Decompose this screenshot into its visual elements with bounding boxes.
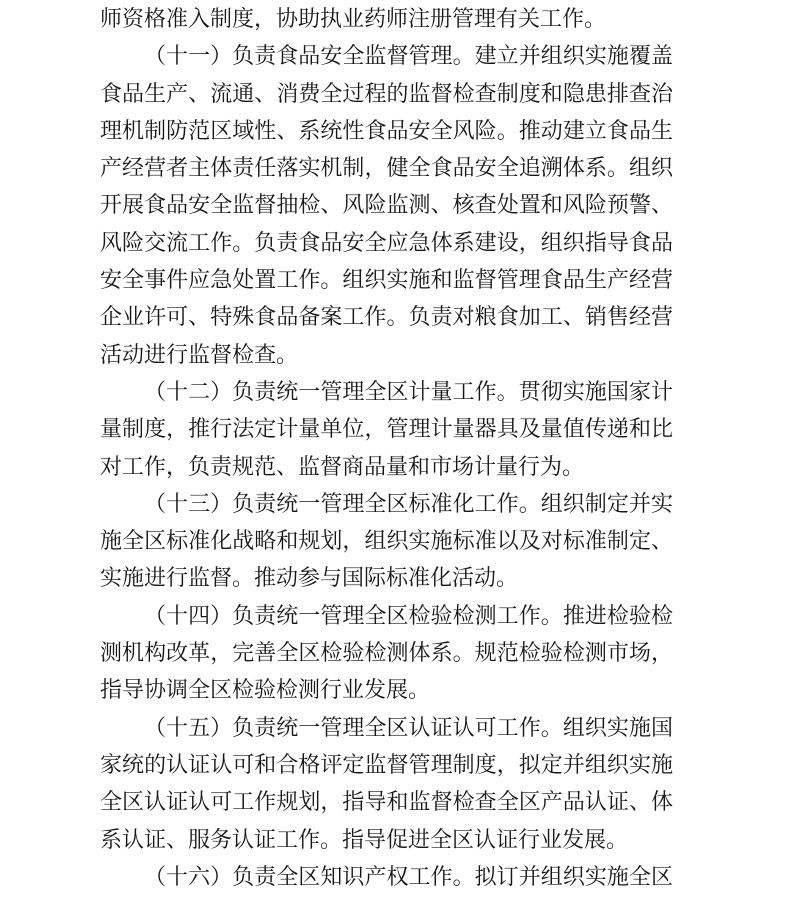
- para-15-certification: （十五）负责统一管理全区认证认可工作。组织实施国家统的认证认可和合格评定监督管理…: [100, 709, 673, 858]
- para-continuation: 师资格准入制度，协助执业药师注册管理有关工作。: [100, 0, 673, 37]
- text-line: 安全事件应急处置工作。组织实施和监督管理食品生产经营: [100, 261, 673, 298]
- text-line: （十一）负责食品安全监督管理。建立并组织实施覆盖: [100, 37, 673, 74]
- text-line: （十六）负责全区知识产权工作。拟订并组织实施全区: [100, 858, 673, 895]
- text-line: （十二）负责统一管理全区计量工作。贯彻实施国家计: [100, 373, 673, 410]
- text-line: 理机制防范区域性、系统性食品安全风险。推动建立食品生: [100, 112, 673, 149]
- para-14-inspection-testing: （十四）负责统一管理全区检验检测工作。推进检验检测机构改革，完善全区检验检测体系…: [100, 597, 673, 709]
- text-line: 家统的认证认可和合格评定监督管理制度，拟定并组织实施: [100, 746, 673, 783]
- document-content: 师资格准入制度，协助执业药师注册管理有关工作。（十一）负责食品安全监督管理。建立…: [100, 0, 673, 895]
- para-11-food-safety: （十一）负责食品安全监督管理。建立并组织实施覆盖食品生产、流通、消费全过程的监督…: [100, 37, 673, 373]
- text-line: 量制度，推行法定计量单位，管理计量器具及量值传递和比: [100, 410, 673, 447]
- text-line: （十三）负责统一管理全区标准化工作。组织制定并实: [100, 485, 673, 522]
- text-line: 开展食品安全监督抽检、风险监测、核查处置和风险预警、: [100, 186, 673, 223]
- text-line: 施全区标准化战略和规划，组织实施标准以及对标准制定、: [100, 522, 673, 559]
- document-page: 师资格准入制度，协助执业药师注册管理有关工作。（十一）负责食品安全监督管理。建立…: [0, 0, 793, 897]
- text-line: 食品生产、流通、消费全过程的监督检查制度和隐患排查治: [100, 75, 673, 112]
- para-13-standardization: （十三）负责统一管理全区标准化工作。组织制定并实施全区标准化战略和规划，组织实施…: [100, 485, 673, 597]
- text-line: 对工作，负责规范、监督商品量和市场计量行为。: [100, 448, 673, 485]
- para-12-metrology: （十二）负责统一管理全区计量工作。贯彻实施国家计量制度，推行法定计量单位，管理计…: [100, 373, 673, 485]
- text-line: 测机构改革，完善全区检验检测体系。规范检验检测市场，: [100, 634, 673, 671]
- text-line: 系认证、服务认证工作。指导促进全区认证行业发展。: [100, 821, 673, 858]
- text-line: 风险交流工作。负责食品安全应急体系建设，组织指导食品: [100, 224, 673, 261]
- text-line: 企业许可、特殊食品备案工作。负责对粮食加工、销售经营: [100, 298, 673, 335]
- text-line: 实施进行监督。推动参与国际标准化活动。: [100, 559, 673, 596]
- text-line: （十四）负责统一管理全区检验检测工作。推进检验检: [100, 597, 673, 634]
- text-line: 全区认证认可工作规划，指导和监督检查全区产品认证、体: [100, 783, 673, 820]
- para-16-intellectual-property: （十六）负责全区知识产权工作。拟订并组织实施全区: [100, 858, 673, 895]
- text-line: 活动进行监督检查。: [100, 336, 673, 373]
- text-line: （十五）负责统一管理全区认证认可工作。组织实施国: [100, 709, 673, 746]
- text-line: 师资格准入制度，协助执业药师注册管理有关工作。: [100, 0, 673, 37]
- text-line: 产经营者主体责任落实机制，健全食品安全追溯体系。组织: [100, 149, 673, 186]
- text-line: 指导协调全区检验检测行业发展。: [100, 671, 673, 708]
